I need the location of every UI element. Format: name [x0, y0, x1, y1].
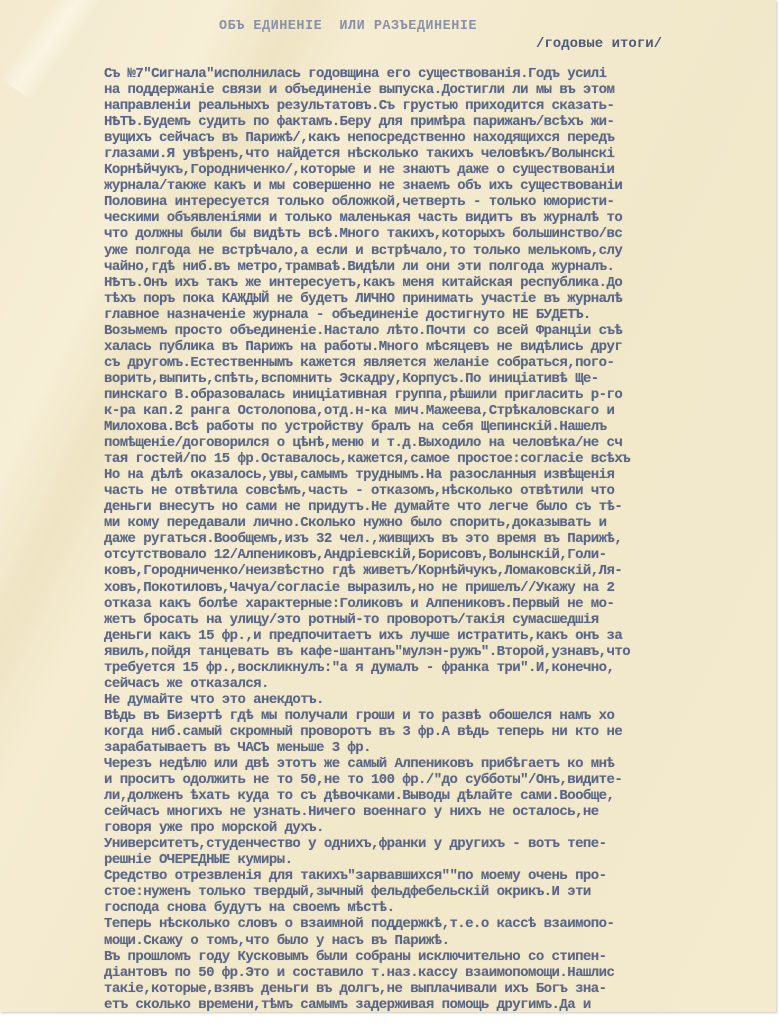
text-line: сейчасъ многихъ не узнать.Ничего военнаг… — [104, 804, 780, 820]
paper-fold-crease — [0, 0, 101, 101]
text-line: требуется 15 фр.,воскликнулъ:"а я думалъ… — [104, 660, 780, 676]
text-line: решніе ОЧЕРЕДНЫЕ кумиры. — [104, 852, 780, 868]
text-line: тая гостей/по 15 фр.Оставалось,кажется,с… — [104, 451, 780, 467]
text-line: жетъ бросать на улицу/это ротный-то пров… — [104, 612, 780, 628]
text-line: отсутствовало 12/Алпениковъ,Андріевскій,… — [104, 547, 780, 563]
text-line: господа снова будутъ на своемъ мѣстѣ. — [104, 900, 780, 916]
text-line: что должны были бы видѣть всѣ.Много таки… — [104, 226, 780, 242]
text-line: к-ра кап.2 ранга Остолопова,отд.н-ка мич… — [104, 403, 780, 419]
text-line: деньги внесутъ но сами не придутъ.Не дум… — [104, 499, 780, 515]
text-line: Съ №7"Сигнала"исполнилась годовщина его … — [104, 66, 780, 82]
text-line: НѢТЪ.Будемъ судить по фактамъ.Беру для п… — [104, 114, 780, 130]
text-line: Возьмемъ просто объединеніе.Настало лѣто… — [104, 323, 780, 339]
text-line: глазами.Я увѣренъ,что найдется нѣсколько… — [104, 146, 780, 162]
text-line: тѣхъ поръ пока КАЖДЫЙ не будетъ ЛИЧНО пр… — [104, 291, 780, 307]
text-line: Вѣдь въ Бизертѣ гдѣ мы получали гроши и … — [104, 708, 780, 724]
text-line: направленіи реальныхъ результатовъ.Съ гр… — [104, 98, 780, 114]
text-line: деньги какъ 15 фр.,и предпочитаетъ ихъ л… — [104, 628, 780, 644]
text-line: ховъ,Покотиловъ,Чачуа/согласіе выразилъ,… — [104, 580, 780, 596]
text-line: халась публика въ Парижъ на работы.Много… — [104, 339, 780, 355]
document-title: ОБЪ ЕДИНЕНІЕ ИЛИ РАЗЪЕДИНЕНІЕ — [219, 19, 477, 34]
text-line: етъ сколько времени,тѣмъ самымъ задержив… — [104, 997, 780, 1013]
text-line: Университетъ,студенчество у однихъ,франк… — [104, 836, 780, 852]
text-line: пинскаго В.образовалась иниціативная гру… — [104, 387, 780, 403]
text-line: Средство отрезвленія для такихъ"зарвавши… — [104, 868, 780, 884]
text-line: помѣщеніе/договорился о цѣнѣ,меню и т.д.… — [104, 435, 780, 451]
text-line: сейчасъ же отказался. — [104, 676, 780, 692]
text-line: діантовъ по 50 фр.Это и составило т.наз.… — [104, 965, 780, 981]
text-line: такіе,которые,взявъ деньги въ долгъ,не в… — [104, 981, 780, 997]
text-line: часть не отвѣтила совсѣмъ,часть - отказо… — [104, 483, 780, 499]
text-line: Черезъ недѣлю или двѣ этотъ же самый Алп… — [104, 756, 780, 772]
text-line: главное назначеніе журнала - объединеніе… — [104, 307, 780, 323]
document-page: ОБЪ ЕДИНЕНІЕ ИЛИ РАЗЪЕДИНЕНІЕ /годовые и… — [0, 0, 776, 1012]
text-line: ми кому передавали лично.Сколько нужно б… — [104, 515, 780, 531]
text-line: Корнѣйчукъ,Городниченко/,которые и не зн… — [104, 162, 780, 178]
text-line: явилъ,пойдя танцевать въ кафе-шантанъ"му… — [104, 644, 780, 660]
text-line: Въ прошломъ году Кусковымъ были собраны … — [104, 949, 780, 965]
text-line: Теперь нѣсколько словъ о взаимной поддер… — [104, 916, 780, 932]
text-line: и проситъ одолжить не то 50,не то 100 фр… — [104, 772, 780, 788]
text-line: отказа какъ болѣе характерные:Голиковъ и… — [104, 596, 780, 612]
text-line: Но на дѣлѣ оказалось,увы,самымъ труднымъ… — [104, 467, 780, 483]
document-subtitle: /годовые итоги/ — [536, 36, 662, 52]
text-line: вущихъ сейчасъ въ Парижѣ/,какъ непосредс… — [104, 130, 780, 146]
text-line: ковъ,Городниченко/неизвѣстно гдѣ живетъ/… — [104, 563, 780, 579]
text-line: Милохова.Всѣ работы по устройству бралъ … — [104, 419, 780, 435]
text-line: съ другомъ.Естественнымъ кажется являетс… — [104, 355, 780, 371]
text-line: стое:нуженъ только твердый,зычный фельдф… — [104, 884, 780, 900]
text-line: Не думайте что это анекдотъ. — [104, 692, 780, 708]
document-body: Съ №7"Сигнала"исполнилась годовщина его … — [104, 66, 780, 1013]
text-line: на поддержаніе связи и объединеніе выпус… — [104, 82, 780, 98]
text-line: ческими объявленіями и только маленькая … — [104, 210, 780, 226]
text-line: Половина интересуется только обложкой,че… — [104, 194, 780, 210]
text-line: ворить,выпить,спѣть,вспомнить Эскадру,Ко… — [104, 371, 780, 387]
text-line: журнала/также какъ и мы совершенно не зн… — [104, 178, 780, 194]
text-line: чайно,гдѣ ниб.въ метро,трамваѣ.Видѣли ли… — [104, 259, 780, 275]
text-line: когда ниб.самый скромный проворотъ въ 3 … — [104, 724, 780, 740]
text-line: уже полгода не встрѣчало,а если и встрѣч… — [104, 243, 780, 259]
text-line: говоря уже про морской духъ. — [104, 820, 780, 836]
text-line: зарабатываетъ въ ЧАСЪ меньше 3 фр. — [104, 740, 780, 756]
text-line: НѢтъ.Онъ ихъ такъ же интересуетъ,какъ ме… — [104, 275, 780, 291]
text-line: мощи.Скажу о томъ,что было у насъ въ Пар… — [104, 933, 780, 949]
text-line: даже ругаться.Вообщемъ,изъ 32 чел.,живщи… — [104, 531, 780, 547]
text-line: ли,долженъ ѣхать куда то съ дѣвочками.Вы… — [104, 788, 780, 804]
